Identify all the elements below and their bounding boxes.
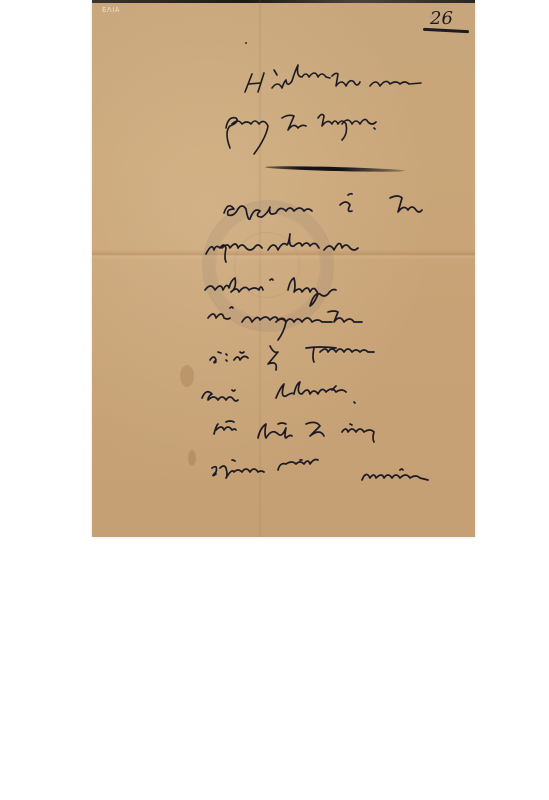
handwriting-strokes bbox=[92, 0, 475, 537]
manuscript-page: ΕΛΙΑ 10 26 Η αίθουσα της συν- δρομής της… bbox=[92, 0, 475, 537]
